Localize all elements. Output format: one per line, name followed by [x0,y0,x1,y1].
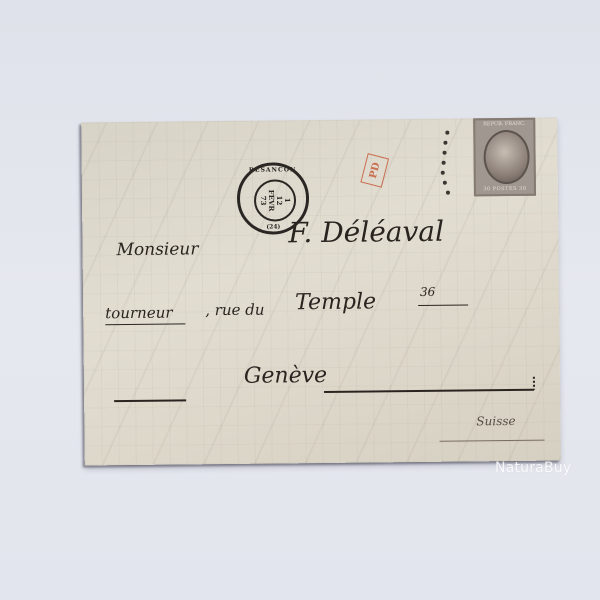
lozenge-cancel-dots [439,130,468,200]
address-street-prefix: , rue du [205,301,264,320]
address-salutation: Monsieur [116,239,198,260]
rule-end-dots [532,376,536,390]
address-city: Genève [244,363,327,389]
letter-cover: REPUB. FRANC. 30 POSTES 30 BESANCON 1 12… [81,118,561,466]
postage-stamp: REPUB. FRANC. 30 POSTES 30 [473,118,536,197]
postmark-town: BESANCON [240,166,306,174]
address-country: Suisse [476,414,515,428]
address-profession: tourneur [105,304,172,323]
address-street-name: Temple [295,289,376,315]
stamp-value-label: 30 POSTES 30 [476,186,534,193]
address-name: F. Déléaval [288,215,444,250]
address-street-number: 36 [420,285,435,299]
ceres-head-icon [483,130,530,184]
stamp-top-label: REPUB. FRANC. [475,121,533,128]
naturabuy-watermark: NaturaBuy [495,460,571,476]
